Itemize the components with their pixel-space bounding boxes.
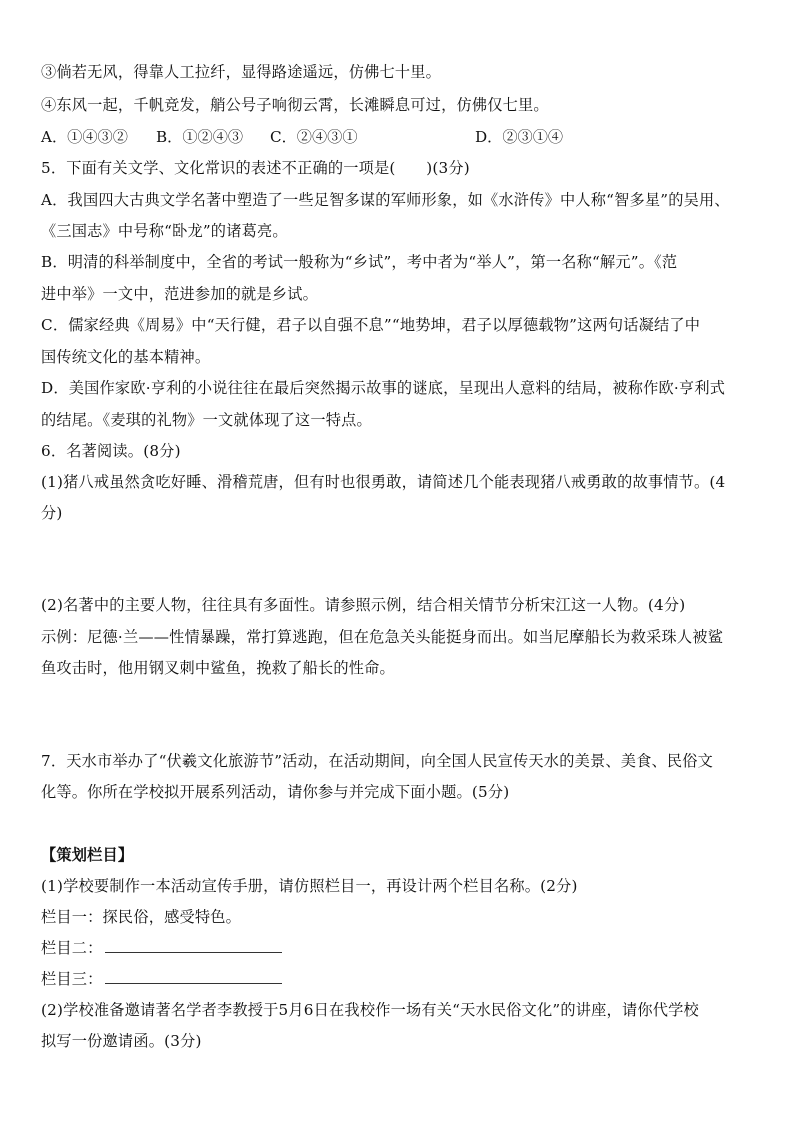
column-two-row: 栏目二： <box>41 938 763 958</box>
q6-part1-cont: 分) <box>41 503 763 523</box>
q4-sentence-4: ④东风一起，千帆竞发，艄公号子响彻云霄，长滩瞬息可过，仿佛仅七里。 <box>41 95 763 115</box>
column-two-label: 栏目二： <box>41 939 103 957</box>
q5-option-c: C．儒家经典《周易》中“天行健，君子以自强不息”“地势坤，君子以厚德载物”这两句… <box>41 315 763 335</box>
q7-stem: 7．天水市举办了“伏羲文化旅游节”活动，在活动期间，向全国人民宣传天水的美景、美… <box>41 751 763 771</box>
q6-part2: (2)名著中的主要人物，往往具有多面性。请参照示例，结合相关情节分析宋江这一人物… <box>41 595 763 615</box>
q6-stem: 6．名著阅读。(8分) <box>41 441 763 461</box>
choice-a[interactable]: A．①④③② <box>41 127 128 147</box>
q7-part1: (1)学校要制作一本活动宣传手册，请仿照栏目一，再设计两个栏目名称。(2分) <box>41 876 763 896</box>
q6-part1: (1)猪八戒虽然贪吃好睡、滑稽荒唐，但有时也很勇敢，请简述几个能表现猪八戒勇敢的… <box>41 472 763 492</box>
choice-b[interactable]: B．①②④③ <box>156 127 243 147</box>
column-three-label: 栏目三： <box>41 970 103 988</box>
q7-part2: (2)学校准备邀请著名学者李教授于5月6日在我校作一场有关“天水民俗文化”的讲座… <box>41 1000 763 1020</box>
q5-option-b-cont: 进中举》一文中，范进参加的就是乡试。 <box>41 284 763 304</box>
q6-example-cont: 鱼攻击时，他用钢叉刺中鲨鱼，挽救了船长的性命。 <box>41 658 763 678</box>
q7-part2-cont: 拟写一份邀请函。(3分) <box>41 1031 763 1051</box>
q5-option-c-cont: 国传统文化的基本精神。 <box>41 347 763 367</box>
section-heading: 【策划栏目】 <box>41 845 763 865</box>
column-one: 栏目一：探民俗，感受特色。 <box>41 907 763 927</box>
q6-example: 示例：尼德·兰——性情暴躁，常打算逃跑，但在危急关头能挺身而出。如当尼摩船长为救… <box>41 627 763 647</box>
q5-option-d-cont: 的结尾。《麦琪的礼物》一文就体现了这一特点。 <box>41 410 763 430</box>
choice-c[interactable]: C．②④③① <box>270 127 358 147</box>
q5-option-a-cont: 《三国志》中号称“卧龙”的诸葛亮。 <box>41 221 763 241</box>
choice-d[interactable]: D．②③①④ <box>475 127 563 147</box>
column-three-row: 栏目三： <box>41 969 763 989</box>
column-three-blank[interactable] <box>105 969 282 984</box>
column-two-blank[interactable] <box>105 938 282 953</box>
q4-choices: A．①④③② B．①②④③ C．②④③① D．②③①④ <box>41 127 761 147</box>
q7-stem-cont: 化等。你所在学校拟开展系列活动，请你参与并完成下面小题。(5分) <box>41 782 763 802</box>
q5-option-a: A．我国四大古典文学名著中塑造了一些足智多谋的军师形象，如《水浒传》中人称“智多… <box>41 190 763 210</box>
q4-sentence-3: ③倘若无风，得靠人工拉纤，显得路途遥远，仿佛七十里。 <box>41 62 763 82</box>
q5-option-b: B．明清的科举制度中，全省的考试一般称为“乡试”，考中者为“举人”，第一名称“解… <box>41 252 763 272</box>
q5-stem: 5．下面有关文学、文化常识的表述不正确的一项是( )(3分) <box>41 158 763 178</box>
q5-option-d: D．美国作家欧·亨利的小说往往在最后突然揭示故事的谜底，呈现出人意料的结局，被称… <box>41 378 763 398</box>
